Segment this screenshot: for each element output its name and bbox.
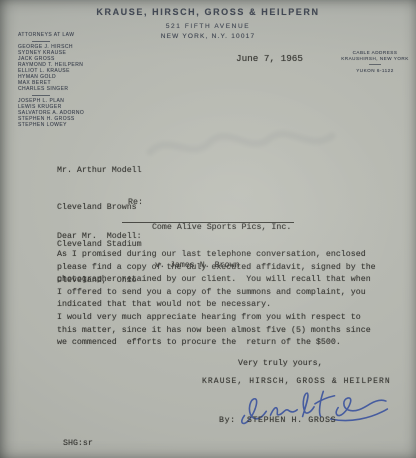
cable-divider <box>369 64 381 65</box>
phone-number: YUKON 6-1122 <box>334 68 416 74</box>
attorney-name: CHARLES SINGER <box>18 87 128 93</box>
salutation: Dear Mr. Modell: <box>57 231 142 244</box>
letter-date: June 7, 1965 <box>236 53 303 66</box>
attorney-name: STEPHEN LOWEY <box>18 123 128 129</box>
cable-panel: CABLE ADDRESS KRAUSHIRSH, NEW YORK YUKON… <box>334 50 416 74</box>
reference-initials: SHG:sr <box>63 438 93 451</box>
body-paragraph: I would very much appreciate hearing fro… <box>57 312 387 350</box>
re-case-line: Come Alive Sports Pics, Inc. <box>152 222 291 235</box>
attorneys-divider <box>32 41 50 42</box>
attorneys-panel: ATTORNEYS AT LAW GEORGE J. HIRSCH SYDNEY… <box>18 33 128 129</box>
letterhead-address-line1: 521 FIFTH AVENUE <box>0 23 416 30</box>
valediction: Very truly yours, <box>238 358 323 371</box>
attorneys-divider <box>32 95 50 96</box>
body-paragraph: As I promised during our last telephone … <box>57 249 387 312</box>
letter-document: KRAUSE, HIRSCH, GROSS & HEILPERN 521 FIF… <box>0 0 416 458</box>
recipient-line: Mr. Arthur Modell <box>57 165 142 177</box>
attorneys-label: ATTORNEYS AT LAW <box>18 33 128 39</box>
signature-by-line: By: STEPHEN H. GROSS <box>219 415 336 428</box>
letterhead-firm-name: KRAUSE, HIRSCH, GROSS & HEILPERN <box>0 7 416 17</box>
re-underline <box>122 222 294 223</box>
cable-address: KRAUSHIRSH, NEW YORK <box>334 56 416 62</box>
bleed-through-mark <box>140 112 340 174</box>
